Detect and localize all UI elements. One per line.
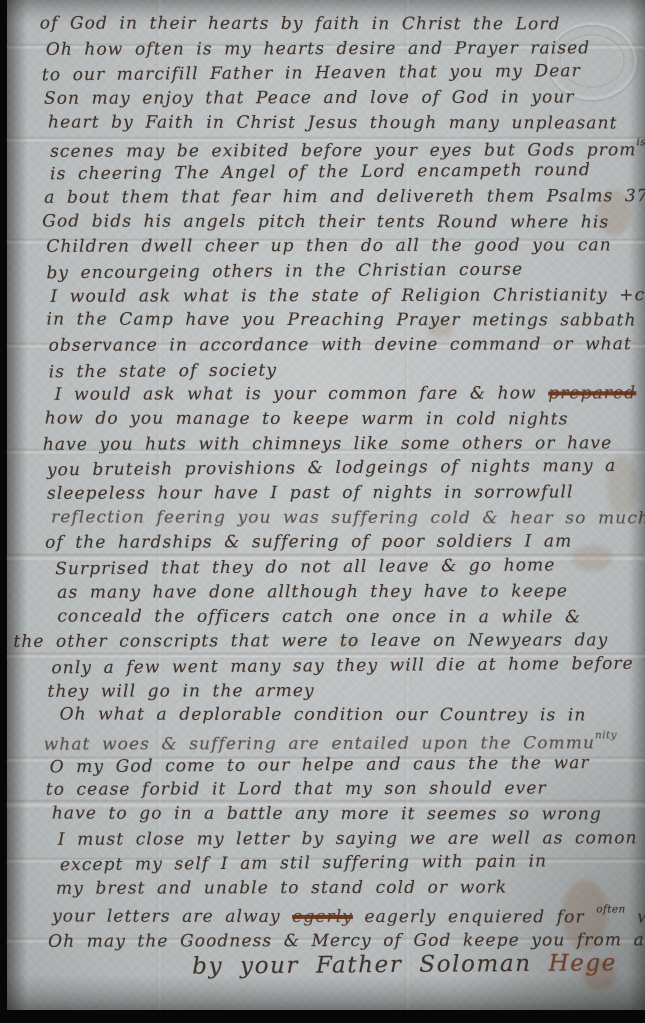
- letter-line: only a few went many say they will die a…: [51, 654, 641, 683]
- handwritten-text: my brest and unable to stand cold or wor…: [56, 878, 507, 899]
- handwritten-text: of the hardships & suffering of poor sol…: [45, 532, 572, 553]
- handwritten-text: they will go in the armey: [47, 681, 314, 702]
- handwritten-text: observance in accordance with devine com…: [49, 334, 632, 356]
- handwritten-text: Son may enjoy that Peace and love of God…: [44, 87, 575, 108]
- letter-line: in the Camp have you Preaching Prayer me…: [47, 310, 641, 336]
- letter-line: Son may enjoy that Peace and love of God…: [44, 87, 640, 113]
- letter-line: what woes & suffering are entailed upon …: [44, 729, 642, 755]
- letter-line: how do you manage to keepe warm in cold …: [45, 408, 641, 434]
- letter-line: scenes may be exibited before your eyes …: [50, 137, 640, 163]
- handwritten-text: in the Camp have you Preaching Prayer me…: [47, 310, 637, 331]
- letter-line: I must close my letter by saying we are …: [58, 828, 642, 854]
- handwritten-text: the other conscripts that were to leave …: [13, 630, 608, 652]
- handwritten-text: Oh what a deplorable condition our Count…: [60, 705, 587, 726]
- handwritten-text: scenes may be exibited before your eyes …: [50, 141, 636, 163]
- interline-insertion: nity: [595, 729, 617, 741]
- interline-insertion: often: [596, 903, 625, 915]
- letter-line: they will go in the armey: [47, 680, 641, 706]
- handwritten-text: as many have done allthough they have to…: [57, 581, 568, 602]
- handwritten-text: I must close my letter by saying we are …: [58, 828, 638, 850]
- handwritten-text: Oh how often is my hearts desire and Pra…: [46, 38, 591, 59]
- handwritten-text: reflection feering you was suffering col…: [51, 507, 645, 528]
- letter-line: have you huts with chimneys like some ot…: [43, 433, 641, 459]
- handwritten-text: heart by Faith in Christ Jesus though ma…: [48, 112, 618, 133]
- handwritten-text: how do you manage to keepe warm in cold …: [45, 408, 569, 429]
- letter-line: reflection feering you was suffering col…: [51, 507, 641, 533]
- handwritten-text: of God in their hearts by faith in Chris…: [40, 13, 561, 34]
- handwritten-text: Children dwell cheer up then do all the …: [46, 235, 611, 256]
- handwritten-text: I would ask what is the state of Religio…: [50, 285, 645, 307]
- letter-line: O my God come to our helpe and caus the …: [50, 752, 642, 781]
- scribbled-out-word: egerly: [292, 907, 353, 927]
- red-ink-word: Hege: [548, 950, 617, 977]
- letter-line: my brest and unable to stand cold or wor…: [56, 877, 642, 903]
- letter-line: sleepeless hour have I past of nights in…: [47, 482, 641, 508]
- letter-line: to our marcifill Father in Heaven that y…: [42, 61, 640, 90]
- handwritten-text: is cheering The Angel of the Lord encamp…: [50, 160, 591, 184]
- handwritten-text: by encourgeing others in the Christian c…: [46, 259, 523, 283]
- letter-line: God bids his angels pitch their tents Ro…: [42, 211, 640, 237]
- letter-line: is cheering The Angel of the Lord encamp…: [50, 160, 640, 189]
- handwritten-text: sleepeless hour have I past of nights in…: [47, 482, 574, 503]
- letter-line: a bout them that fear him and delivereth…: [44, 186, 640, 212]
- handwritten-text: what woes & suffering are entailed upon …: [44, 733, 595, 754]
- letter-line: your letters are alway egerly eagerly en…: [52, 902, 642, 928]
- signature-line: by your Father Soloman Hege: [192, 950, 642, 984]
- handwritten-text: except my self I am stil suffering with …: [60, 852, 547, 876]
- interline-insertion: is: [636, 137, 645, 149]
- letter-line: is the state of society: [49, 357, 641, 386]
- letter-line: Oh how often is my hearts desire and Pra…: [46, 38, 640, 64]
- handwritten-text: you bruteish provishions & lodgeings of …: [47, 456, 617, 480]
- handwritten-text: by your Father Soloman: [192, 951, 549, 980]
- handwritten-text: conceald the officers catch one once in …: [57, 606, 581, 627]
- handwritten-text: wright: [626, 907, 645, 927]
- letter-line: to cease forbid it Lord that my son shou…: [46, 779, 642, 805]
- letter-line: Surprised that they do not all leave & g…: [55, 555, 641, 584]
- letter-line: you bruteish provishions & lodgeings of …: [47, 456, 641, 485]
- letter-line: have to go in a battle any more it seeme…: [52, 803, 642, 829]
- handwritten-text: Oh may the Goodness & Mercy of God keepe…: [48, 931, 645, 953]
- scan-background: of God in their hearts by faith in Chris…: [0, 0, 645, 1023]
- handwritten-text: have to go in a battle any more it seeme…: [52, 803, 602, 824]
- letter-paper: of God in their hearts by faith in Chris…: [7, 0, 645, 1010]
- letter-line: heart by Faith in Christ Jesus though ma…: [48, 112, 640, 138]
- letter-line: Oh what a deplorable condition our Count…: [60, 705, 642, 731]
- handwritten-text: your letters are alway: [52, 906, 292, 926]
- letter-line: as many have done allthough they have to…: [57, 581, 641, 607]
- letter-body: of God in their hearts by faith in Chris…: [40, 13, 643, 983]
- letter-line: I would ask what is the state of Religio…: [50, 285, 640, 311]
- letter-line: observance in accordance with devine com…: [49, 334, 641, 360]
- letter-line: Children dwell cheer up then do all the …: [46, 235, 640, 261]
- handwritten-text: only a few went many say they will die a…: [51, 654, 633, 679]
- scribbled-out-word: prepared: [548, 384, 636, 404]
- letter-line: Oh may the Goodness & Mercy of God keepe…: [48, 927, 642, 953]
- handwritten-text: God bids his angels pitch their tents Ro…: [42, 211, 609, 232]
- handwritten-text: eagerly enquiered for: [353, 907, 596, 927]
- handwritten-text: a bout them that fear him and delivereth…: [44, 186, 645, 208]
- letter-line: I would ask what is your common fare & h…: [55, 384, 641, 410]
- handwritten-text: to our marcifill Father in Heaven that y…: [42, 61, 581, 85]
- letter-line: of God in their hearts by faith in Chris…: [40, 13, 640, 39]
- handwritten-text: is the state of society: [49, 360, 278, 382]
- letter-line: of the hardships & suffering of poor sol…: [45, 532, 641, 558]
- handwritten-text: to cease forbid it Lord that my son shou…: [46, 779, 547, 800]
- letter-line: the other conscripts that were to leave …: [13, 630, 641, 656]
- letter-line: conceald the officers catch one once in …: [57, 606, 641, 632]
- handwritten-text: O my God come to our helpe and caus the …: [50, 753, 590, 777]
- handwritten-text: I would ask what is your common fare & h…: [55, 384, 549, 405]
- letter-line: except my self I am stil suffering with …: [60, 851, 642, 880]
- handwritten-text: have you huts with chimneys like some ot…: [43, 433, 612, 454]
- handwritten-text: Surprised that they do not all leave & g…: [55, 555, 555, 579]
- letter-line: by encourgeing others in the Christian c…: [46, 259, 640, 288]
